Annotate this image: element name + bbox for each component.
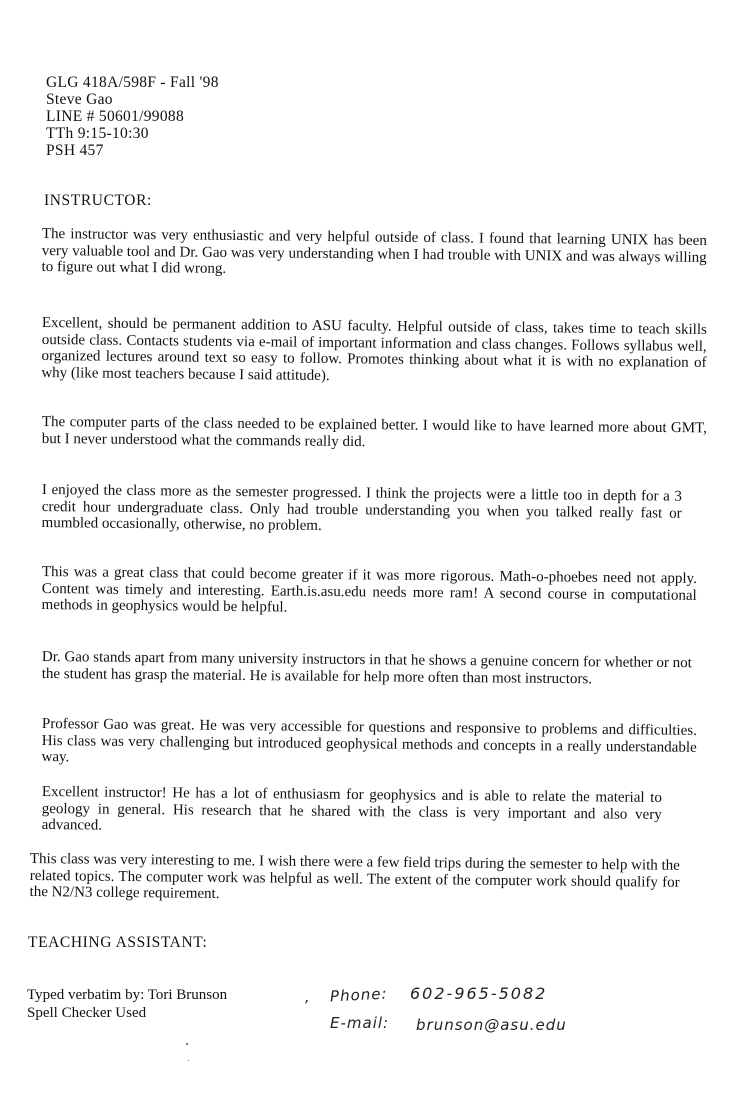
- course-code: GLG 418A/598F - Fall '98: [46, 74, 219, 91]
- typed-by-note: Typed verbatim by: Tori Brunson: [27, 986, 227, 1004]
- comment-paragraph: This class was very interesting to me. I…: [29, 851, 679, 907]
- handwritten-phone-number: 602-965-5082: [410, 984, 547, 1003]
- evaluation-document: GLG 418A/598F - Fall '98 Steve Gao LINE …: [0, 0, 736, 1117]
- document-footer: Typed verbatim by: Tori Brunson Spell Ch…: [27, 986, 227, 1022]
- handwritten-phone-label: Phone:: [330, 985, 388, 1006]
- comment-paragraph: I enjoyed the class more as the semester…: [41, 482, 681, 538]
- comment-paragraph: The computer parts of the class needed t…: [42, 414, 707, 453]
- line-number: LINE # 50601/99088: [46, 108, 219, 125]
- handwritten-comma: ,: [305, 990, 310, 1006]
- spell-check-note: Spell Checker Used: [27, 1004, 227, 1022]
- comment-paragraph: Excellent, should be permanent addition …: [41, 315, 707, 388]
- scan-speck: [188, 1060, 189, 1061]
- class-schedule: TTh 9:15-10:30: [46, 125, 219, 142]
- handwritten-email-label: E-mail:: [330, 1014, 389, 1032]
- handwritten-email-address: brunson@asu.edu: [416, 1016, 567, 1034]
- comment-paragraph: The instructor was very enthusiastic and…: [41, 226, 706, 282]
- scan-speck: [186, 1043, 188, 1045]
- class-room: PSH 457: [46, 142, 219, 159]
- course-header: GLG 418A/598F - Fall '98 Steve Gao LINE …: [46, 74, 219, 159]
- instructor-name: Steve Gao: [46, 91, 219, 108]
- comment-paragraph: Excellent instructor! He has a lot of en…: [42, 784, 662, 839]
- teaching-assistant-heading: TEACHING ASSISTANT:: [28, 934, 207, 952]
- comment-paragraph: Professor Gao was great. He was very acc…: [41, 716, 696, 772]
- instructor-heading: INSTRUCTOR:: [44, 192, 152, 210]
- comment-paragraph: This was a great class that could become…: [41, 564, 696, 620]
- comment-paragraph: Dr. Gao stands apart from many universit…: [42, 649, 692, 688]
